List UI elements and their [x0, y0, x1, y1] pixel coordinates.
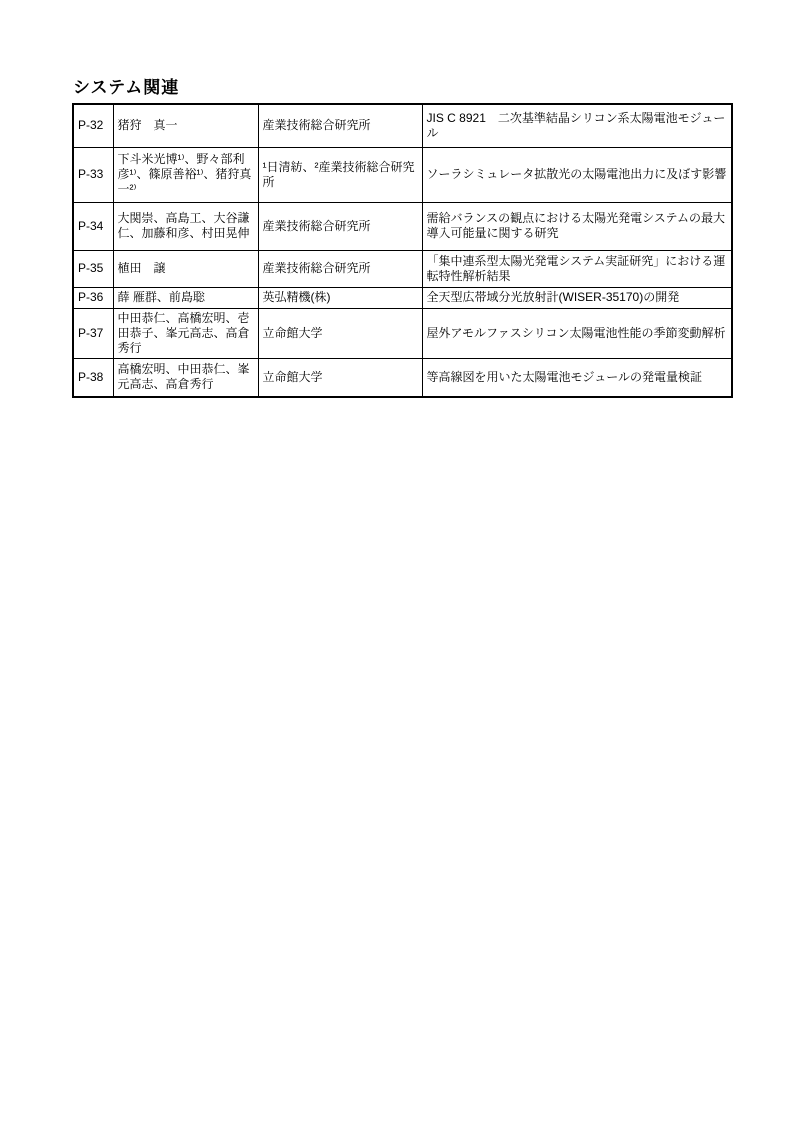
table-row: P-36 薛 雁群、前島聡 英弘精機(株) 全天型広帯域分光放射計(WISER-… [73, 287, 732, 308]
table-row: P-33 下斗米光博¹⁾、野々部利彦¹⁾、篠原善裕¹⁾、猪狩真一²⁾ ¹日清紡、… [73, 147, 732, 202]
document-page: システム関連 P-32 猪狩 真一 産業技術総合研究所 JIS C 8921 二… [0, 0, 800, 1132]
cell-paper-id: P-37 [73, 308, 113, 358]
table-row: P-35 植田 譲 産業技術総合研究所 「集中連系型太陽光発電システム実証研究」… [73, 250, 732, 287]
cell-paper-id: P-36 [73, 287, 113, 308]
cell-paper-id: P-32 [73, 104, 113, 147]
cell-title: 屋外アモルファスシリコン太陽電池性能の季節変動解析 [422, 308, 732, 358]
cell-paper-id: P-33 [73, 147, 113, 202]
cell-authors: 植田 譲 [113, 250, 258, 287]
cell-affiliation: 立命館大学 [258, 308, 422, 358]
cell-title: 全天型広帯域分光放射計(WISER-35170)の開発 [422, 287, 732, 308]
cell-paper-id: P-34 [73, 202, 113, 250]
cell-affiliation: 産業技術総合研究所 [258, 104, 422, 147]
table-row: P-37 中田恭仁、高橋宏明、壱田恭子、峯元高志、高倉秀行 立命館大学 屋外アモ… [73, 308, 732, 358]
table-row: P-34 大関崇、高島工、大谷謙仁、加藤和彦、村田晃伸 産業技術総合研究所 需給… [73, 202, 732, 250]
cell-authors: 下斗米光博¹⁾、野々部利彦¹⁾、篠原善裕¹⁾、猪狩真一²⁾ [113, 147, 258, 202]
cell-authors: 高橋宏明、中田恭仁、峯元高志、高倉秀行 [113, 358, 258, 397]
cell-affiliation: 立命館大学 [258, 358, 422, 397]
table-row: P-38 高橋宏明、中田恭仁、峯元高志、高倉秀行 立命館大学 等高線図を用いた太… [73, 358, 732, 397]
cell-title: 等高線図を用いた太陽電池モジュールの発電量検証 [422, 358, 732, 397]
section-heading: システム関連 [73, 77, 179, 99]
table-row: P-32 猪狩 真一 産業技術総合研究所 JIS C 8921 二次基準結晶シリ… [73, 104, 732, 147]
cell-affiliation: 産業技術総合研究所 [258, 202, 422, 250]
cell-authors: 猪狩 真一 [113, 104, 258, 147]
cell-title: 「集中連系型太陽光発電システム実証研究」における運転特性解析結果 [422, 250, 732, 287]
cell-affiliation: 産業技術総合研究所 [258, 250, 422, 287]
cell-affiliation: ¹日清紡、²産業技術総合研究所 [258, 147, 422, 202]
cell-title: ソーラシミュレータ拡散光の太陽電池出力に及ぼす影響 [422, 147, 732, 202]
cell-paper-id: P-35 [73, 250, 113, 287]
cell-authors: 中田恭仁、高橋宏明、壱田恭子、峯元高志、高倉秀行 [113, 308, 258, 358]
cell-title: JIS C 8921 二次基準結晶シリコン系太陽電池モジュール [422, 104, 732, 147]
cell-authors: 大関崇、高島工、大谷謙仁、加藤和彦、村田晃伸 [113, 202, 258, 250]
cell-affiliation: 英弘精機(株) [258, 287, 422, 308]
cell-paper-id: P-38 [73, 358, 113, 397]
program-table: P-32 猪狩 真一 産業技術総合研究所 JIS C 8921 二次基準結晶シリ… [72, 103, 733, 398]
cell-title: 需給バランスの観点における太陽光発電システムの最大導入可能量に関する研究 [422, 202, 732, 250]
cell-authors: 薛 雁群、前島聡 [113, 287, 258, 308]
